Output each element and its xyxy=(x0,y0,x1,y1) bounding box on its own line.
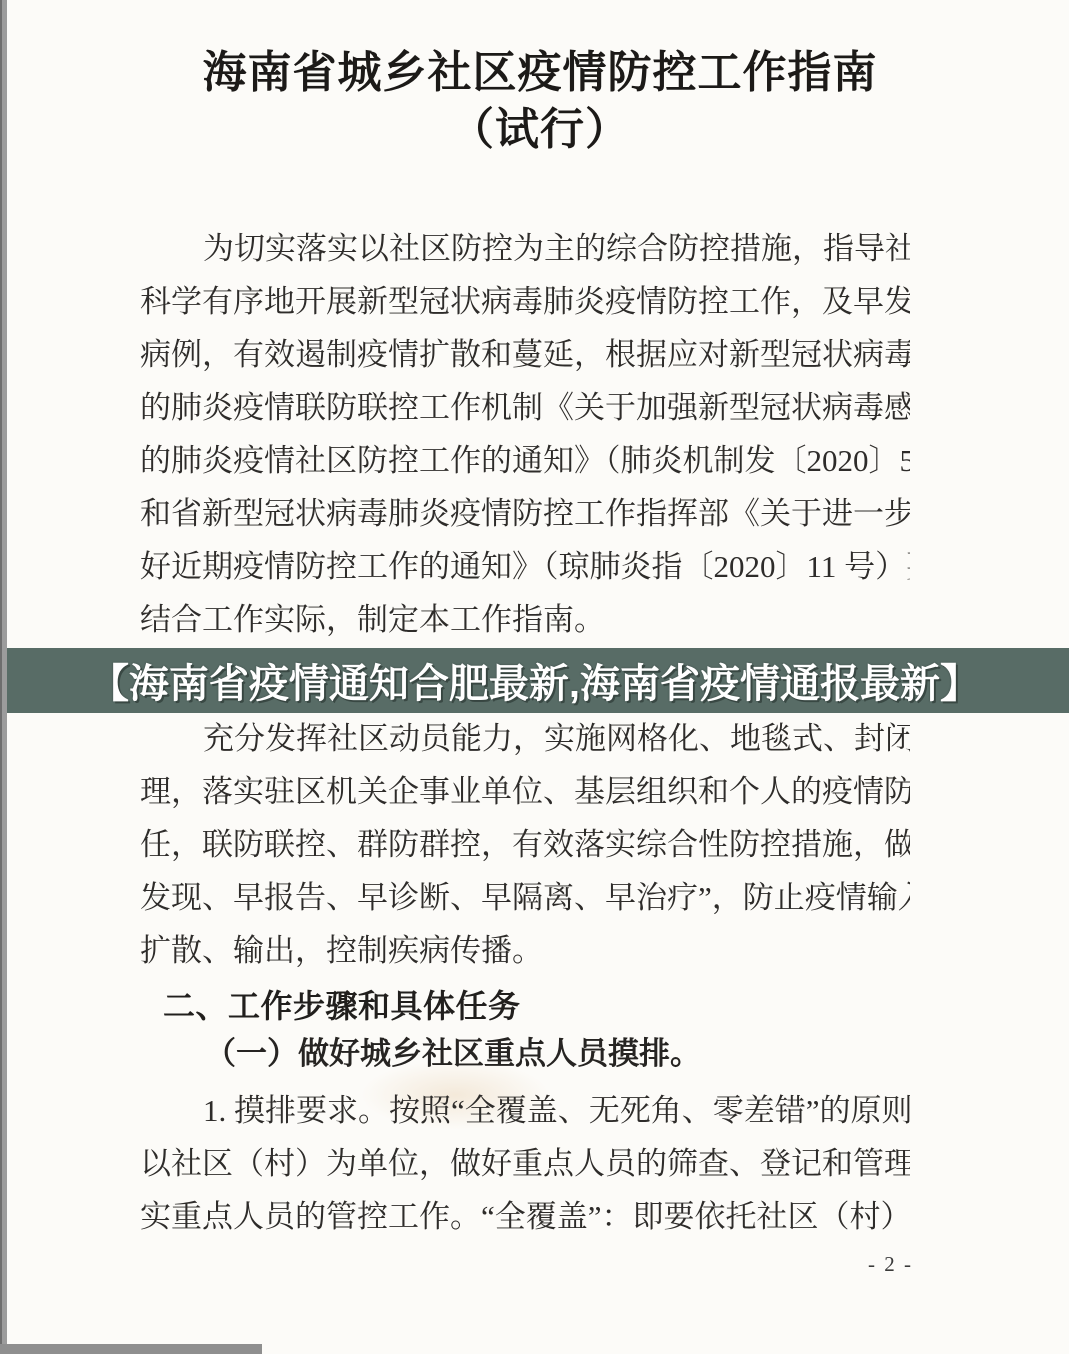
sub-heading: （一）做好城乡社区重点人员摸排。 xyxy=(205,1032,945,1076)
body-line: 病例，有效遏制疫情扩散和蔓延，根据应对新型冠状病毒感染 xyxy=(140,328,910,381)
body-line: 理，落实驻区机关企事业单位、基层组织和个人的疫情防控责 xyxy=(140,765,910,818)
document-title: 海南省城乡社区疫情防控工作指南 （试行） xyxy=(70,44,1010,158)
body-line: 结合工作实际，制定本工作指南。 xyxy=(140,593,910,646)
body-line: 为切实落实以社区防控为主的综合防控措施，指导社区 xyxy=(140,222,910,275)
body-line: 发现、早报告、早诊断、早隔离、早治疗”，防止疫情输入、 xyxy=(140,871,910,924)
body-line: 科学有序地开展新型冠状病毒肺炎疫情防控工作，及早发现 xyxy=(140,275,910,328)
page-number: - 2 - xyxy=(868,1252,913,1277)
body-line: 充分发挥社区动员能力，实施网格化、地毯式、封闭式管 xyxy=(140,712,910,765)
body-line: 以社区（村）为单位，做好重点人员的筛查、登记和管理，落 xyxy=(140,1137,910,1190)
body-line: 1. 摸排要求。按照“全覆盖、无死角、零差错”的原则， xyxy=(140,1084,910,1137)
document-page: 海南省城乡社区疫情防控工作指南 （试行） 为切实落实以社区防控为主的综合防控措施… xyxy=(0,0,1069,1354)
body-line: 和省新型冠状病毒肺炎疫情防控工作指挥部《关于进一步做 xyxy=(140,487,910,540)
body-line: 扩散、输出，控制疾病传播。 xyxy=(140,924,910,977)
body-line: 任，联防联控、群防群控，有效落实综合性防控措施，做到“早 xyxy=(140,818,910,871)
paragraph-mobilization: 充分发挥社区动员能力，实施网格化、地毯式、封闭式管 理，落实驻区机关企事业单位、… xyxy=(140,712,910,977)
scan-edge-left xyxy=(0,0,7,1354)
body-line: 实重点人员的管控工作。“全覆盖”：即要依托社区（村）网格 xyxy=(140,1190,910,1243)
body-line: 好近期疫情防控工作的通知》（琼肺炎指〔2020〕11 号）要求， xyxy=(140,540,910,593)
overlay-banner-text: 【海南省疫情通知合肥最新,海南省疫情通报最新】 xyxy=(89,652,980,709)
section-heading: 二、工作步骤和具体任务 xyxy=(163,984,923,1028)
overlay-banner: 【海南省疫情通知合肥最新,海南省疫情通报最新】 xyxy=(0,648,1069,713)
paragraph-intro: 为切实落实以社区防控为主的综合防控措施，指导社区 科学有序地开展新型冠状病毒肺炎… xyxy=(140,222,910,646)
scan-edge-bottom xyxy=(0,1344,262,1354)
paragraph-survey: 1. 摸排要求。按照“全覆盖、无死角、零差错”的原则， 以社区（村）为单位，做好… xyxy=(140,1084,910,1243)
document-title-line2: （试行） xyxy=(70,101,1010,158)
body-line: 的肺炎疫情社区防控工作的通知》（肺炎机制发〔2020〕5 号） xyxy=(140,434,910,487)
document-title-line1: 海南省城乡社区疫情防控工作指南 xyxy=(70,44,1010,101)
body-line: 的肺炎疫情联防联控工作机制《关于加强新型冠状病毒感染 xyxy=(140,381,910,434)
